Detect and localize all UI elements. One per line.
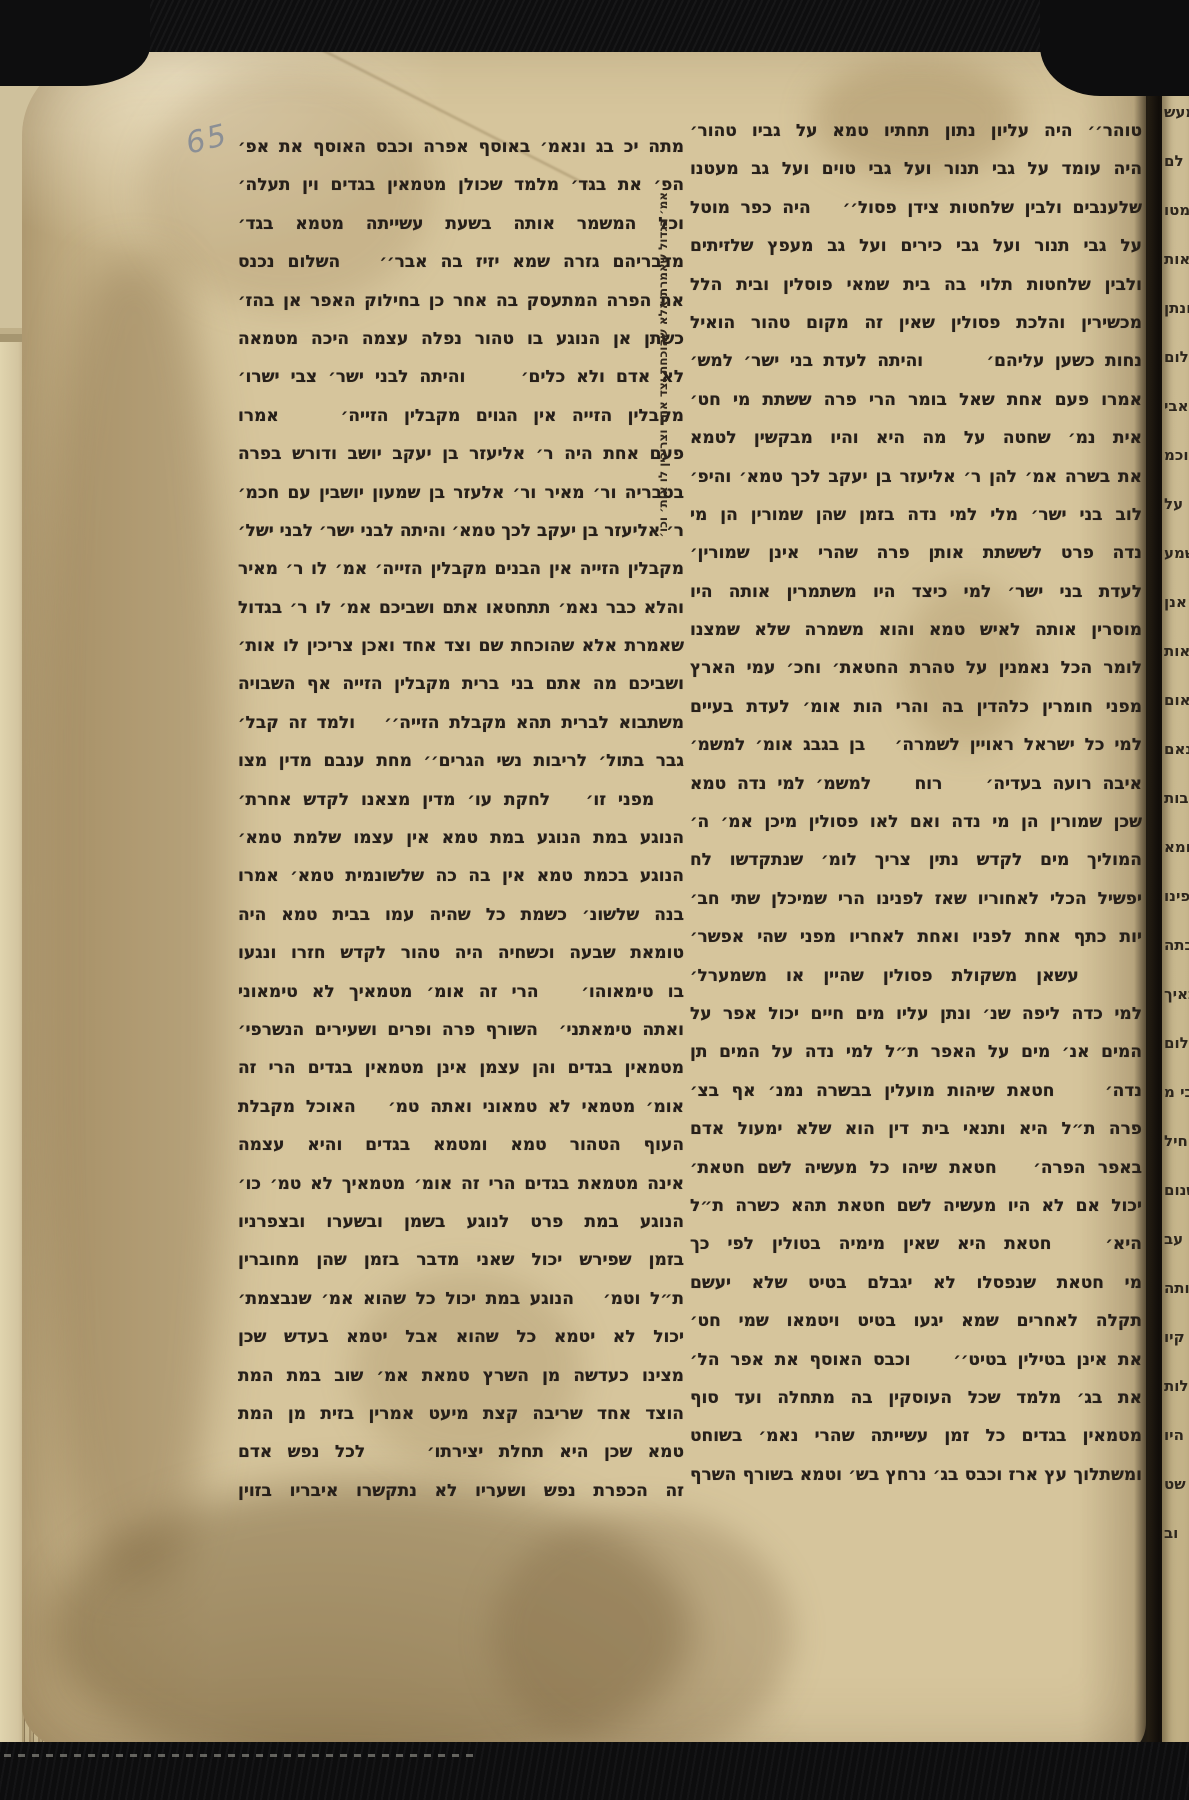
manuscript-line: לומר הכל נאמנין על טהרת החטאת׳ וחכ׳ עמי … <box>690 649 1142 687</box>
manuscript-line: על גבי תנור ועל גבי כירים ועל גב מעפץ של… <box>690 227 1142 265</box>
manuscript-photo: 65 טוהר׳׳ היה עליון נתון תחתיו טמא על גב… <box>0 0 1189 1800</box>
manuscript-line: מפני זו׳ לחקת עו׳ מדין מצאנו לקדש אחרת׳ <box>238 781 684 819</box>
text-fragment: וכמ <box>1164 431 1189 480</box>
manuscript-line: וכל המשמר אותה בשעת עשייתה מטמא בגד׳ <box>238 205 684 243</box>
manuscript-line: מכשירין והלכת פסולין שאין זה מקום טהור ה… <box>690 304 1142 342</box>
manuscript-line: מי חטאת שנפסלו לא יגבלם בטיט שלא יעשם <box>690 1264 1142 1302</box>
text-fragment: היו <box>1164 1411 1189 1460</box>
manuscript-line: ומשתלוך עץ ארז וכבס בג׳ נרחץ בש׳ וטמא בש… <box>690 1456 1142 1494</box>
manuscript-line: מקבלין הזייה אין הבנים מקבלין הזייה׳ אמ׳… <box>238 550 684 588</box>
text-fragment: נאם <box>1164 725 1189 774</box>
manuscript-line: הנוגע בכמת טמא אין בה כה שלשונמית טמא׳ א… <box>238 857 684 895</box>
text-fragment: בות <box>1164 774 1189 823</box>
manuscript-page: 65 טוהר׳׳ היה עליון נתון תחתיו טמא על גב… <box>22 40 1146 1752</box>
manuscript-line: המוליך מים לקדש נתין צריך לומ׳ שנתקדשו ל… <box>690 841 1142 879</box>
manuscript-line: ושביכם מה אתם בני ברית מקבלין הזייה אף ה… <box>238 665 684 703</box>
manuscript-line: שאמרת אלא שהוכחת שם וצד אחד ואכן צריכין … <box>238 627 684 665</box>
manuscript-line: בו טימאוהו׳ הרי זה אומ׳ מטמאיך לא טימאונ… <box>238 973 684 1011</box>
next-page-edge: מעשלםממטואותונתןעלוםואביוכמעלשמעאנןאותלא… <box>1162 30 1189 1794</box>
manuscript-line: נדה פרט לששתת אותן פרה שהרי אינן שמורין׳ <box>690 534 1142 572</box>
manuscript-line: ת״ל וטמ׳ הנוגע במת יכול כל שהוא אמ׳ שנבצ… <box>238 1280 684 1318</box>
manuscript-line: את הפרה המתעסק בה אחר כן בחילוק האפר אן … <box>238 282 684 320</box>
text-column-right: טוהר׳׳ היה עליון נתון תחתיו טמא על גביו … <box>690 112 1142 1494</box>
text-fragment: אות <box>1164 627 1189 676</box>
manuscript-line: מטמאין בגדים כל זמן עשייתה שהרי נאמ׳ בשו… <box>690 1417 1142 1455</box>
manuscript-line: באפר הפרה׳ חטאת שיהו כל מעשיה לשם חטאת׳ <box>690 1149 1142 1187</box>
text-fragment: עלום <box>1164 333 1189 382</box>
manuscript-line: אית נמ׳ שחטה על מה היא והיו מבקשין לטמא <box>690 419 1142 457</box>
text-fragment: טומא <box>1164 823 1189 872</box>
manuscript-line: מצינו כעדשה מן השרץ טמאת אמ׳ שוב במת המת <box>238 1357 684 1395</box>
manuscript-line: לעדת בני ישר׳ למי כיצד היו משתמרין אותה … <box>690 573 1142 611</box>
manuscript-line: אינה מטמאת בגדים הרי זה אומ׳ מטמאיך לא ט… <box>238 1165 684 1203</box>
manuscript-line: למי כדה ליפה שנ׳ ונתן עליו מים חיים יכול… <box>690 995 1142 1033</box>
manuscript-line: זה הכפרת נפש ושעריו לא נתקשרו איבריו בזו… <box>238 1472 684 1510</box>
manuscript-line: בנה שלשונ׳ כשמת כל שהיה עמו בבית טמא היה <box>238 896 684 934</box>
manuscript-line: הוצד אחד שריבה קצת מיעט אמרין בזית מן המ… <box>238 1395 684 1433</box>
text-fragment: קיו <box>1164 1313 1189 1362</box>
text-fragment: שט <box>1164 1460 1189 1509</box>
manuscript-line: פעם אחת היה ר׳ אליעזר בן יעקב יושב ודורש… <box>238 435 684 473</box>
manuscript-line: שכן שמורין הן מי נדה ואם לאו פסולין מיכן… <box>690 803 1142 841</box>
manuscript-line: נחות כשען עליהם׳ והיתה לעדת בני ישר׳ למש… <box>690 342 1142 380</box>
manuscript-line: היא׳ חטאת היא שאין מימיה בטולין לפי כך <box>690 1225 1142 1263</box>
manuscript-line: מפני חומרין כלהדין בה והרי הות אומ׳ לעדת… <box>690 688 1142 726</box>
text-fragment: בתה <box>1164 921 1189 970</box>
text-fragment: ותה <box>1164 1264 1189 1313</box>
manuscript-line: יות כתף אחת לפניו ואחת לאחריו מפני שהי א… <box>690 918 1142 956</box>
text-fragment: בי מ <box>1164 1068 1189 1117</box>
text-fragment: ואבי <box>1164 382 1189 431</box>
manuscript-line: מקבלין הזייה אין הגוים מקבלין הזייה׳ אמר… <box>238 397 684 435</box>
manuscript-line: מתה יכ בג ונאמ׳ באוסף אפרה וכבס האוסף את… <box>238 128 684 166</box>
manuscript-line: בטבריה ור׳ מאיר ור׳ אלעזר בן שמעון יושבי… <box>238 474 684 512</box>
next-page-text-fragments: מעשלםממטואותונתןעלוםואביוכמעלשמעאנןאותלא… <box>1164 88 1189 1558</box>
manuscript-line: נדה׳ חטאת שיהות מועלין בבשרה נמנ׳ אף בצ׳ <box>690 1072 1142 1110</box>
text-fragment: שנום <box>1164 1166 1189 1215</box>
text-fragment: לאום <box>1164 676 1189 725</box>
text-fragment: על <box>1164 480 1189 529</box>
book-cover-top <box>0 0 1189 52</box>
text-fragment: עב <box>1164 1215 1189 1264</box>
manuscript-line: הנוגע במת פרט לנוגע בשמן ובשערו ובצפרניו <box>238 1203 684 1241</box>
manuscript-line: פרה ת״ל היא ותנאי בית דין הוא שלא ימעול … <box>690 1110 1142 1148</box>
manuscript-line: טוהר׳׳ היה עליון נתון תחתיו טמא על גביו … <box>690 112 1142 150</box>
manuscript-line: שלענבים ולבין שלחטות צידן פסול׳׳ היה כפר… <box>690 189 1142 227</box>
manuscript-line: טמא שכן היא תחלת יצירתו׳ לכל נפש אדם <box>238 1433 684 1471</box>
manuscript-line: את בג׳ מלמד שכל העוסקין בה מתחלה ועד סוף <box>690 1379 1142 1417</box>
book-cover-top-left <box>0 0 150 86</box>
manuscript-line: הפ׳ את בגד׳ מלמד שכולן מטמאין בגדים וין … <box>238 166 684 204</box>
text-fragment: שמע <box>1164 529 1189 578</box>
text-fragment: ונתן <box>1164 284 1189 333</box>
manuscript-line: ר׳ אליעזר בן יעקב לכך טמא׳ והיתה לבני יש… <box>238 512 684 550</box>
manuscript-line: יפשיל הכלי לאחוריו שאז לפנינו הרי שמיכלן… <box>690 880 1142 918</box>
manuscript-line: מוסרין אותה לאיש טמא והוא משמרה שלא שמצנ… <box>690 611 1142 649</box>
text-fragment: באיך <box>1164 970 1189 1019</box>
manuscript-line: גבר בתול׳ לריבות נשי הגרים׳׳ מחת ענבם מד… <box>238 742 684 780</box>
stain <box>40 260 230 1580</box>
manuscript-line: מדבריהם גזרה שמא יזיז בה אבר׳׳ השלום נכנ… <box>238 243 684 281</box>
manuscript-line: תקלה לאחרים שמא יגעו בטיט ויטמאו שמי חט׳ <box>690 1302 1142 1340</box>
text-fragment: חיל <box>1164 1117 1189 1166</box>
manuscript-line: המים אנ׳ מים על האפר ת״ל למי נדה על המים… <box>690 1033 1142 1071</box>
text-fragment: אנן <box>1164 578 1189 627</box>
manuscript-line: יכול אם לא היו מעשיה לשם חטאת תהא כשרה ת… <box>690 1187 1142 1225</box>
text-fragment: לם <box>1164 137 1189 186</box>
manuscript-line: כשתן אן הנוגע בו טהור נפלה עצמה היכה מטמ… <box>238 320 684 358</box>
text-fragment: וב <box>1164 1509 1189 1558</box>
manuscript-line: מטמאין בגדים והן עצמן אינן מטמאין בגדים … <box>238 1049 684 1087</box>
stain <box>492 1510 792 1752</box>
manuscript-line: טומאת שבעה וכשחיה היה טהור לקדש חזרו ונג… <box>238 934 684 972</box>
manuscript-line: היה עומד על גבי תנור ועל גבי טוים ועל גב… <box>690 150 1142 188</box>
marginal-gloss: אמ׳ בגדול שאמרת אלא שהוכחת וצד אחד וצריכ… <box>652 192 674 572</box>
manuscript-line: והלא כבר נאמ׳ תתחטאו אתם ושביכם אמ׳ לו ר… <box>238 589 684 627</box>
book-cover-bottom <box>0 1742 1189 1800</box>
manuscript-line: לא אדם ולא כלים׳ והיתה לבני ישר׳ צבי ישר… <box>238 358 684 396</box>
manuscript-line: הנוגע במת הנוגע במת טמא אין עצמו שלמת טמ… <box>238 819 684 857</box>
manuscript-line: את אינן בטילין בטיט׳׳ וכבס האוסף את אפר … <box>690 1341 1142 1379</box>
manuscript-line: איבה רועה בעדיה׳ רוח למשמ׳ למי נדה טמא <box>690 765 1142 803</box>
text-column-left: מתה יכ בג ונאמ׳ באוסף אפרה וכבס האוסף את… <box>238 128 684 1510</box>
manuscript-line: עשאן משקולת פסולין שהיין או משמערל׳ <box>690 957 1142 995</box>
manuscript-line: יכול לא יטמא כל שהוא אבל יטמא בעדש שכן <box>238 1318 684 1356</box>
manuscript-line: למי כל ישראל ראויין לשמרה׳ בן בגבג אומ׳ … <box>690 726 1142 764</box>
manuscript-line: את בשרה אמ׳ להן ר׳ אליעזר בן יעקב לכך טמ… <box>690 458 1142 496</box>
cover-stitching-streak <box>4 1754 474 1757</box>
manuscript-line: ואתה טימאתני׳ השורף פרה ופרים ושעירים הנ… <box>238 1011 684 1049</box>
text-fragment: שלום <box>1164 1019 1189 1068</box>
manuscript-line: אמרו פעם אחת שאל בומר הרי פרה ששתת מי חט… <box>690 381 1142 419</box>
manuscript-line: בזמן שפירש יכול שאני מדבר בזמן שהן מחובר… <box>238 1241 684 1279</box>
manuscript-line: לוב בני ישר׳ מלי למי נדה בזמן שהן שמורין… <box>690 496 1142 534</box>
text-fragment: ממטו <box>1164 186 1189 235</box>
manuscript-line: משתבוא לברית תהא מקבלת הזייה׳׳ ולמד זה ק… <box>238 704 684 742</box>
manuscript-line: העוף הטהור טמא ומטמא בגדים והיא עצמה <box>238 1126 684 1164</box>
book-cover-top-right <box>1040 0 1189 96</box>
manuscript-line: ולבין שלחטות תלוי בה בית שמאי פוסלין ובי… <box>690 266 1142 304</box>
text-fragment: לות <box>1164 1362 1189 1411</box>
text-fragment: פינו <box>1164 872 1189 921</box>
manuscript-line: אומ׳ מטמאי לא טמאוני ואתה טמ׳ האוכל מקבל… <box>238 1088 684 1126</box>
text-fragment: אות <box>1164 235 1189 284</box>
